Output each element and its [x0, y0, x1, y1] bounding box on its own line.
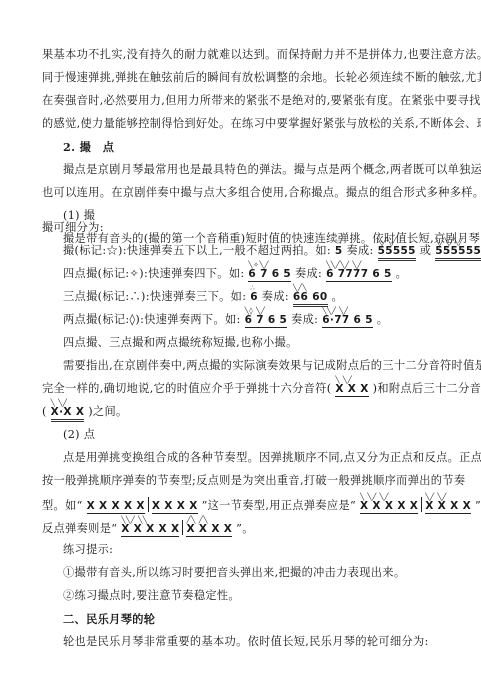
- rhythm-notation: ╲╲╱ ╲╲X X X X X: [121, 522, 179, 537]
- cuo-type-row: 四点撮(标记:✧):快速弹奏四下。如: ╲✧╲╱6 7 6 5 奏成: ╲╲╱╲…: [63, 267, 407, 282]
- text-line: ( ╲ ╲╱X·X X )之间。: [42, 405, 128, 422]
- rhythm-notation: ╲╱ ╲╱X X X X: [425, 499, 471, 514]
- barline: [421, 497, 422, 512]
- notation-result: ╲╲╱ ╲╱6·77 6 5: [322, 313, 373, 328]
- rhythm-notation: ╱╲ ╱╲X X X X: [186, 522, 232, 537]
- cuo-type-row: 撮(标记:☆):快速弹奏五下以上,一般不超过两拍。如: ☆5 奏成: ╲╱╲╱5…: [63, 244, 481, 261]
- section-heading: 2. 撮 点: [63, 140, 114, 154]
- cuo-type-desc: 撮(标记:☆):快速弹奏五下以上,一般不超过两拍。如:: [63, 244, 331, 257]
- barline: [182, 520, 183, 535]
- notation-result: ╲╱╲╱╲╱5555555: [435, 244, 481, 261]
- notation-result: ╲╲╱╲╱ ╲╱6 7777 6 5: [326, 267, 392, 282]
- rhythm-notation: ╲ ╲╱ ╲╱X X X X X: [360, 499, 418, 514]
- notation-example: ☆5: [335, 244, 343, 258]
- text-line: 也可以连用。在京剧伴奏中撮与点大多组合使用,合称撮点。撮点的组合形式多种多样。: [42, 186, 481, 200]
- text-line: 同于慢速弹挑,弹挑在触弦前后的瞬间有放松调整的余地。长轮必须连续不断的触弦,尤其…: [42, 71, 481, 85]
- tip-item: ①撮带有音头,所以练习时要把音头弹出来,把撮的冲击力表现出来。: [63, 566, 405, 580]
- subheading: (2) 点: [63, 428, 95, 442]
- barline: [148, 497, 149, 512]
- text-line: 撮可细分为:: [42, 221, 104, 235]
- text-line: 在奏强音时,必然要用力,但用力所带来的紧张不是绝对的,要紧张有度。在紧张中要寻找…: [42, 94, 481, 108]
- text-line: 反点弹奏则是“ ╲╲╱ ╲╲X X X X X╱╲ ╱╲X X X X ”。: [42, 520, 254, 537]
- notation-dotted: ╲ ╲╱X·X X: [51, 405, 85, 422]
- notation-result: ╲╱╲╱55555: [378, 244, 416, 261]
- tip-item: ②练习撮点时,要注意节奏稳定性。: [63, 589, 240, 603]
- text-line: 撮点是京剧月琴最常用也是最具特色的弹法。撮与点是两个概念,两者既可以单独运用,: [63, 163, 481, 177]
- notation-example: ╲✧╲╱6 7 6 5: [248, 267, 291, 282]
- text-line: 型。如“ X X X X XX X X X ”这一节奏型,用正点弹奏应是“ ╲ …: [42, 497, 481, 514]
- text-line: 按一般弹挑顺序弹奏的节奏型;反点则是为突出重音,打破一般弹挑顺序而弹出的节奏: [42, 474, 465, 488]
- text-line: 点是用弹挑变换组合成的各种节奏型。因弹挑顺序不同,点又分为正点和反点。正点是: [63, 451, 481, 465]
- text-line: 果基本功不扎实,没有持久的耐力就难以达到。而保持耐力并不是拼体力,也要注意方法。…: [42, 48, 481, 62]
- text-line: 需要指出,在京剧伴奏中,两点撮的实际演奏效果与记成附点后的三十二分音符时值是不: [63, 359, 481, 373]
- text-line: 轮也是民乐月琴非常重要的基本功。依时值长短,民乐月琴的轮可细分为:: [63, 635, 429, 649]
- text-line: 完全一样的,确切地说,它的时值应介乎于弹挑十六分音符( ╲ ╲╱X X X )和…: [42, 382, 481, 397]
- cuo-type-row: 两点撮(标记:◊):快速弹奏两下。如: ╲◊ ╲╱6 7 6 5 奏成: ╲╲╱…: [63, 313, 388, 328]
- notation-example: ∴6: [250, 290, 258, 304]
- tips-title: 练习提示:: [63, 543, 113, 557]
- text-line: 的感觉,使力量能够控制得恰到好处。在练习中要掌握好紧张与放松的关系,不断体会、琢…: [42, 117, 481, 131]
- cuo-type-row: 三点撮(标记:∴):快速弹奏三下。如: ∴6 奏成: ╲╱╲66 60 。: [63, 290, 343, 307]
- section-heading: 二、民乐月琴的轮: [63, 612, 155, 626]
- rhythm-notation: X X X X: [152, 499, 198, 514]
- notation-sixteenth: ╲ ╲╱X X X: [335, 382, 368, 397]
- notation-example: ╲◊ ╲╱6 7 6 5: [245, 313, 288, 328]
- rhythm-notation: X X X X X: [87, 499, 145, 514]
- text-line: 四点撮、三点撮和两点撮统称短撮,也称小撮。: [63, 336, 298, 350]
